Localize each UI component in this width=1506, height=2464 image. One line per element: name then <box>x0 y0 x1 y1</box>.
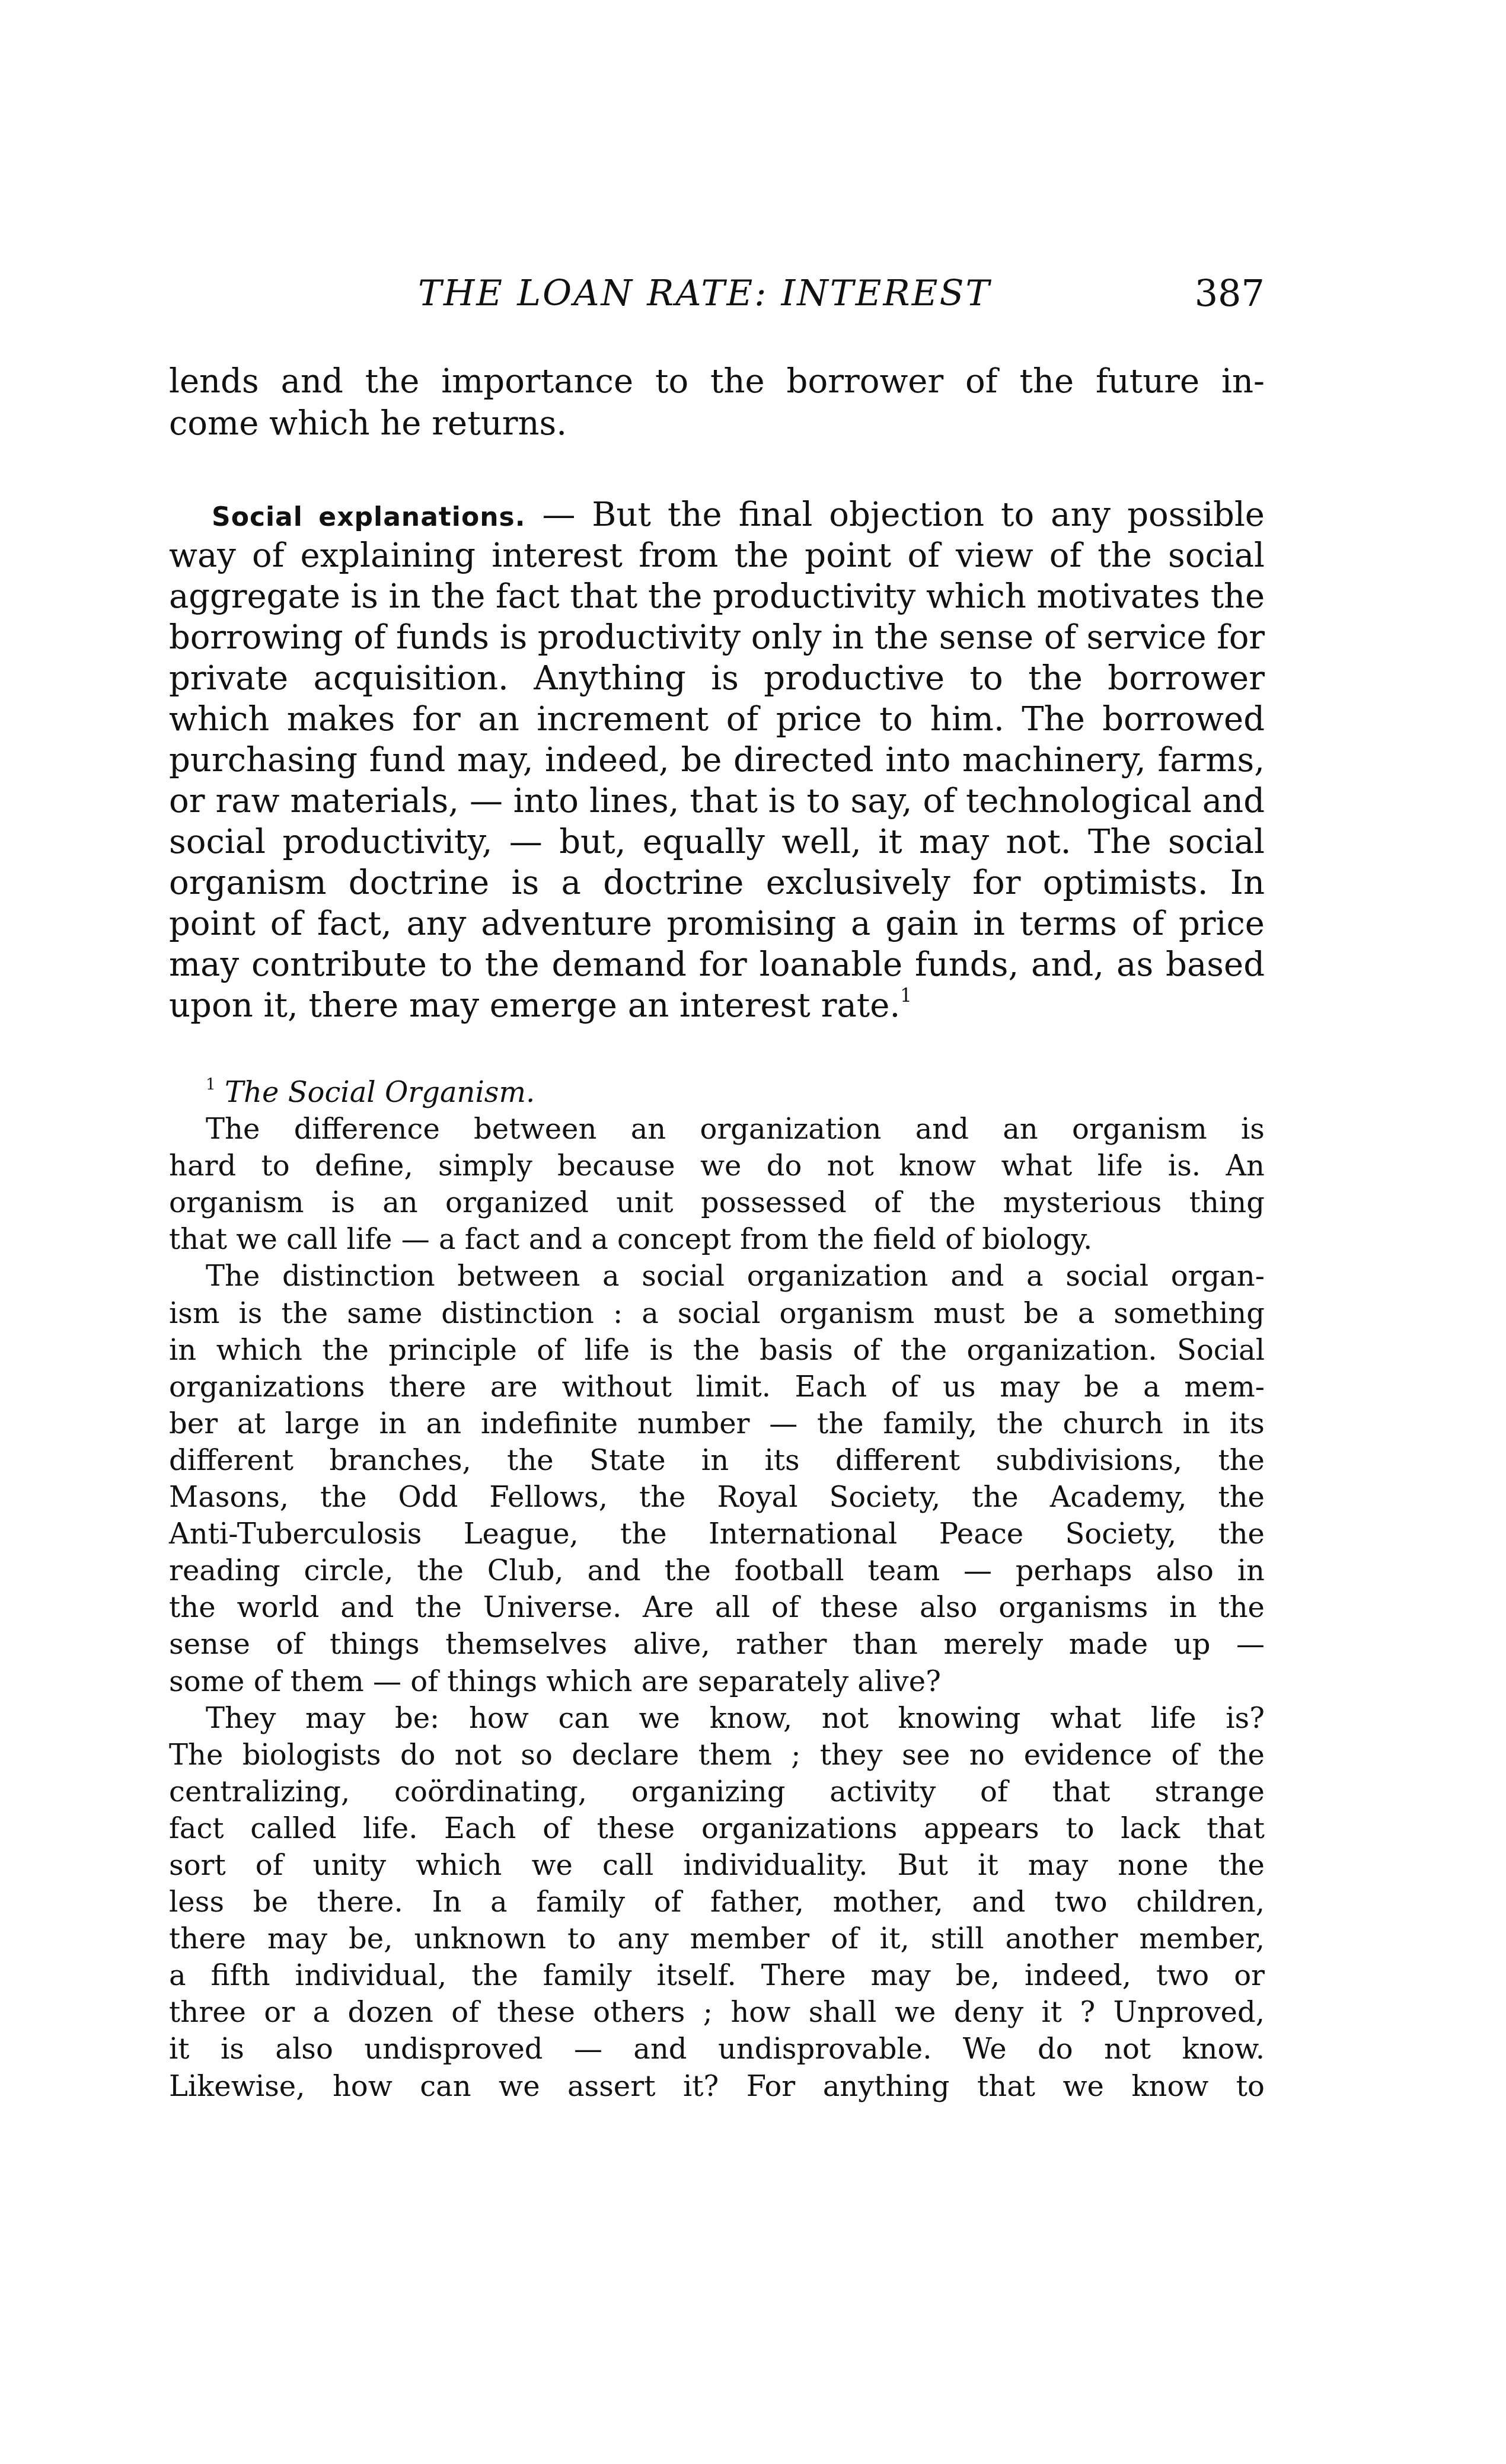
carryover-paragraph: lends and the importance to the borrower… <box>169 360 1265 445</box>
footnote-marker: 1 <box>206 1075 216 1094</box>
text-line: private acquisition. Anything is product… <box>169 658 1265 699</box>
text-line: point of fact, any adventure promising a… <box>169 903 1265 944</box>
text-line: purchasing fund may, indeed, be directed… <box>169 740 1265 781</box>
text-line: in which the principle of life is the ba… <box>169 1332 1265 1369</box>
runin-heading: Social explanations. <box>212 502 525 532</box>
page-number: 387 <box>1195 270 1265 317</box>
text-line: a fifth individual, the family itself. T… <box>169 1957 1265 1994</box>
text-line: three or a dozen of these others ; how s… <box>169 1994 1265 2031</box>
text-line: different branches, the State in its dif… <box>169 1442 1265 1479</box>
text-line: organism is an organized unit possessed … <box>169 1184 1265 1221</box>
text-line: come which he returns. <box>169 402 1265 445</box>
text-line: ber at large in an indefinite number — t… <box>169 1405 1265 1442</box>
text-line: which makes for an increment of price to… <box>169 699 1265 740</box>
text-line: Masons, the Odd Fellows, the Royal Socie… <box>169 1479 1265 1516</box>
text-line: less be there. In a family of father, mo… <box>169 1884 1265 1920</box>
section-social-explanations: Social explanations. — But the final obj… <box>169 494 1265 1026</box>
text-line: way of explaining interest from the poin… <box>169 535 1265 576</box>
text-line: borrowing of funds is productivity only … <box>169 617 1265 658</box>
text-line: sort of unity which we call individualit… <box>169 1847 1265 1884</box>
text-line: aggregate is in the fact that the produc… <box>169 576 1265 617</box>
text-line: Anti-Tuberculosis League, the Internatio… <box>169 1516 1265 1552</box>
text-line: organizations there are without limit. E… <box>169 1369 1265 1405</box>
text-line: upon it, there may emerge an interest ra… <box>169 985 1265 1026</box>
text-line: organism doctrine is a doctrine exclusiv… <box>169 862 1265 903</box>
text-line: The biologists do not so declare them ; … <box>169 1737 1265 1773</box>
running-head-title: THE LOAN RATE: INTEREST <box>418 270 991 317</box>
text-line: social productivity, — but, equally well… <box>169 822 1265 862</box>
footnote-heading: 1 The Social Organism. <box>169 1074 1265 1111</box>
text-line: The distinction between a social organiz… <box>169 1258 1265 1295</box>
section-first-line: Social explanations. — But the final obj… <box>169 494 1265 535</box>
text-line: They may be: how can we know, not knowin… <box>169 1700 1265 1737</box>
text-line: it is also undisproved — and undisprovab… <box>169 2031 1265 2067</box>
text-line: Likewise, how can we assert it? For anyt… <box>169 2068 1265 2105</box>
footnote: 1 The Social Organism. The difference be… <box>169 1074 1265 2105</box>
text-line: fact called life. Each of these organiza… <box>169 1810 1265 1847</box>
text-line: reading circle, the Club, and the footba… <box>169 1552 1265 1589</box>
text-line: or raw materials, — into lines, that is … <box>169 781 1265 822</box>
text-line: lends and the importance to the borrower… <box>169 360 1265 402</box>
text-line: sense of things themselves alive, rather… <box>169 1626 1265 1663</box>
text-line: there may be, unknown to any member of i… <box>169 1920 1265 1957</box>
text-line: may contribute to the demand for loanabl… <box>169 944 1265 985</box>
text-line: the world and the Universe. Are all of t… <box>169 1589 1265 1626</box>
footnote-reference[interactable]: 1 <box>900 985 912 1006</box>
book-page: THE LOAN RATE: INTEREST 387 lends and th… <box>0 0 1506 2464</box>
text-line: ism is the same distinction : a social o… <box>169 1295 1265 1332</box>
text-line: hard to define, simply because we do not… <box>169 1148 1265 1184</box>
text-fragment: — But the final objection to any possibl… <box>525 496 1265 534</box>
footnote-title: The Social Organism. <box>225 1076 535 1109</box>
text-line: The difference between an organization a… <box>169 1111 1265 1148</box>
text-line: some of them — of things which are separ… <box>169 1663 1265 1700</box>
text-line: that we call life — a fact and a concept… <box>169 1221 1265 1258</box>
running-head: THE LOAN RATE: INTEREST 387 <box>169 270 1265 317</box>
text-line: centralizing, coördinating, organizing a… <box>169 1773 1265 1810</box>
text-fragment: upon it, there may emerge an interest ra… <box>169 986 900 1025</box>
